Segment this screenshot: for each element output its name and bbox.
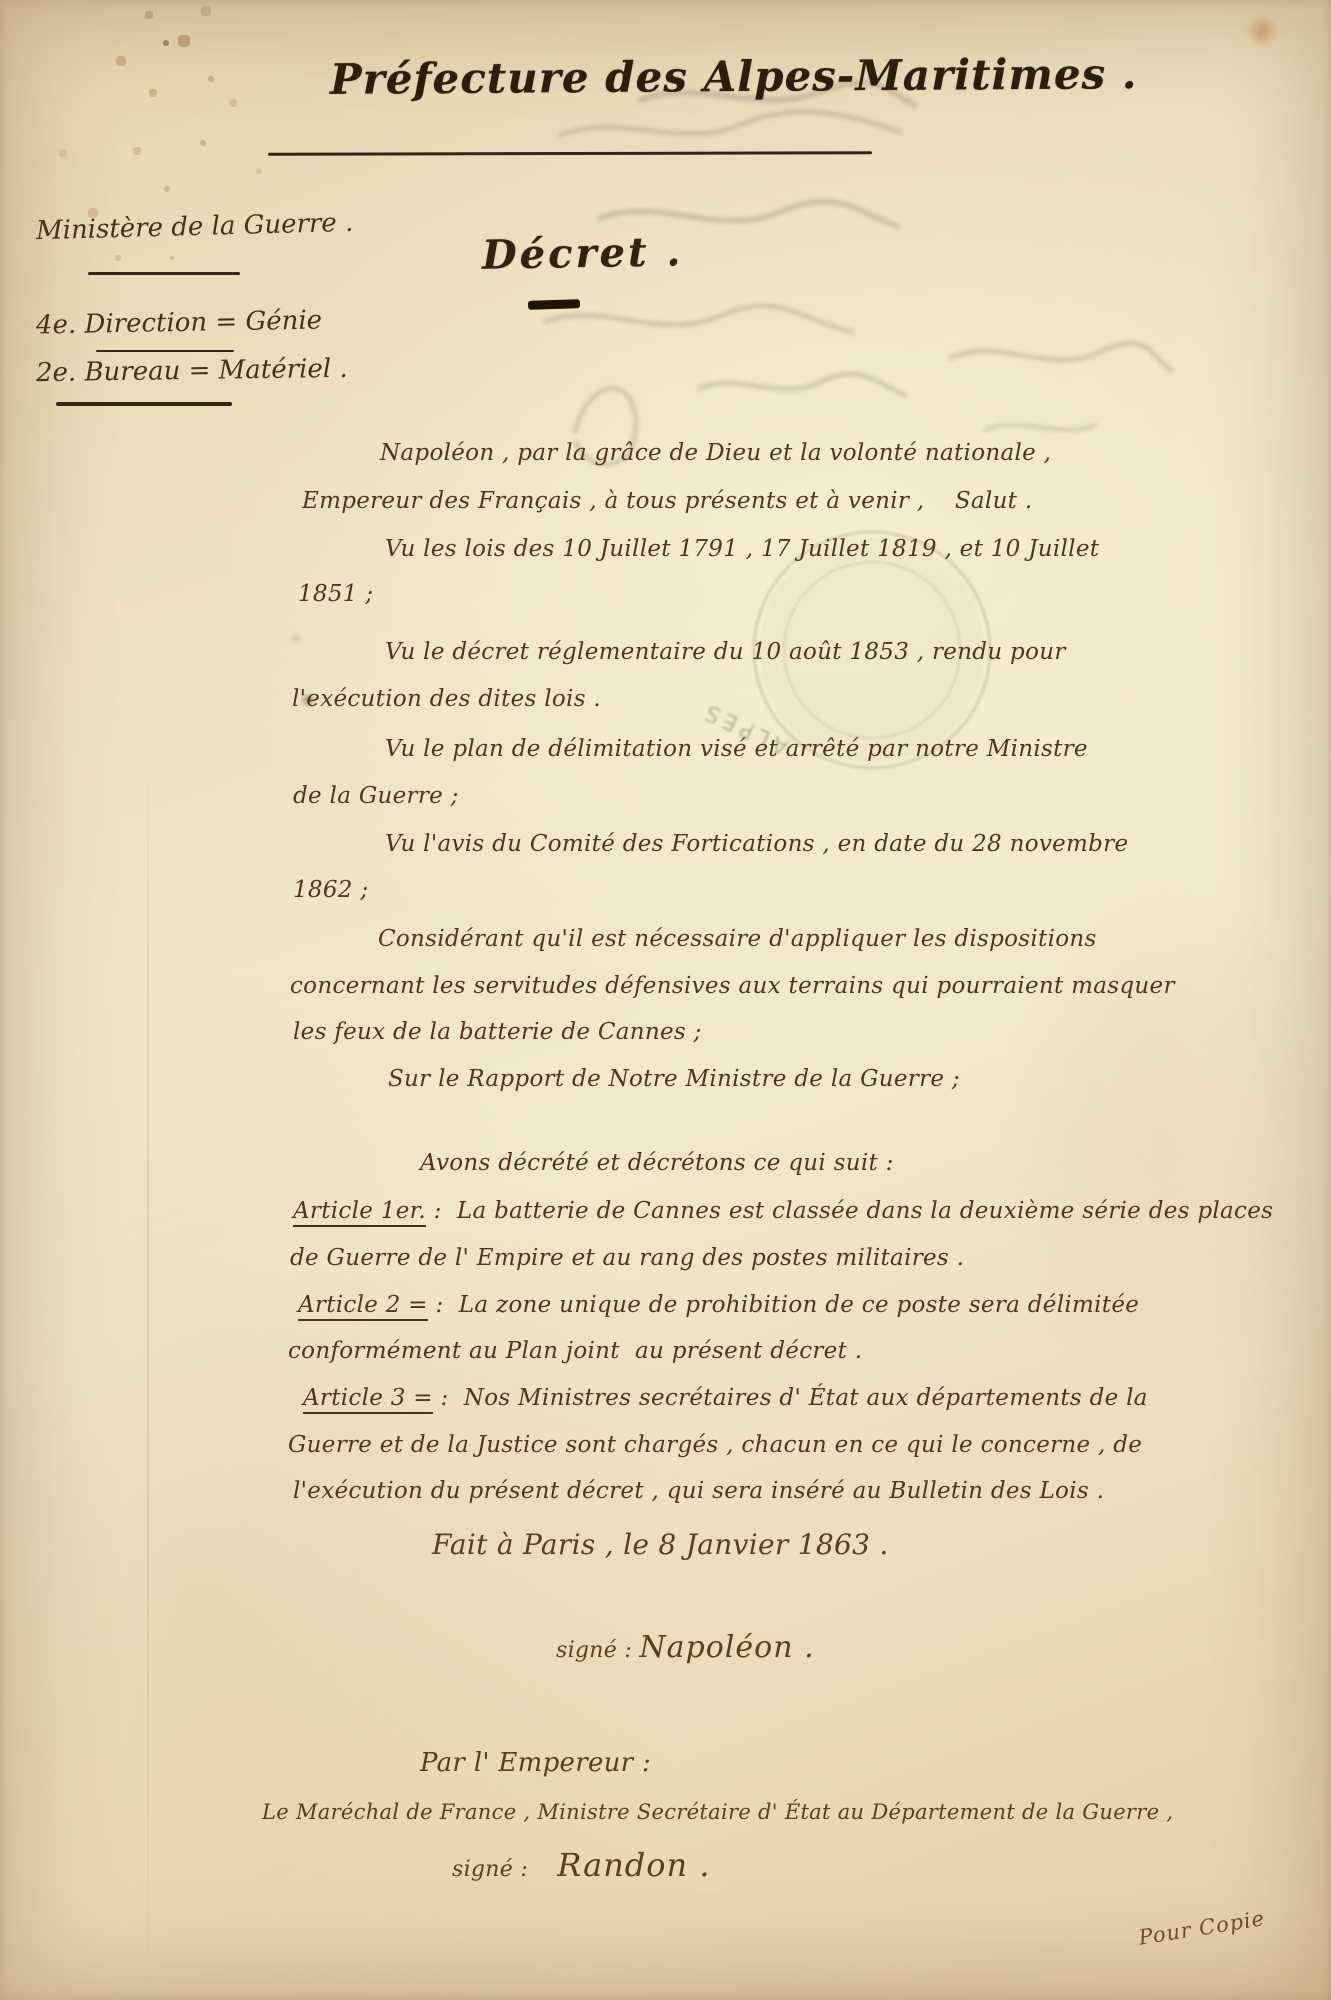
article-1-text: : La batterie de Cannes est classée dans… (426, 1198, 1273, 1224)
par-empereur-line: Par l' Empereur : (420, 1748, 651, 1779)
paper-stain-freckles (0, 0, 2, 2)
article-1-line-2: de Guerre de l' Empire et au rang des po… (290, 1245, 964, 1273)
randon-signature: Randon . (557, 1846, 710, 1884)
article-3-label: Article 3 = (303, 1385, 433, 1414)
margin-rule-ministry (88, 272, 240, 275)
body-line: Vu le décret réglementaire du 10 août 18… (385, 639, 1066, 667)
article-3-line-3: l'exécution du présent décret , qui sera… (293, 1478, 1104, 1506)
letterhead-title: Préfecture des Alpes-Maritimes . (330, 49, 1138, 104)
body-line: l'exécution des dites lois . (292, 686, 601, 714)
margin-bureau: 2e. Bureau = Matériel . (36, 354, 348, 388)
article-2-text: : La zone unique de prohibition de ce po… (428, 1292, 1139, 1318)
margin-rule-direction (96, 350, 234, 352)
marechal-line: Le Maréchal de France , Ministre Secréta… (262, 1800, 1173, 1825)
decree-title: Décret . (482, 228, 684, 279)
margin-direction: 4e. Direction = Génie (36, 306, 323, 341)
article-3-text: : Nos Ministres secrétaires d' État aux … (433, 1385, 1148, 1411)
body-line: les feux de la batterie de Cannes ; (293, 1019, 702, 1047)
signature-randon-line: signé : Randon . (452, 1846, 711, 1884)
signature-napoleon-line: signé : Napoléon . (556, 1630, 815, 1666)
pour-copie-annotation: Pour Copie (1137, 1906, 1267, 1950)
signe-label: signé : (556, 1638, 639, 1663)
body-line: Vu l'avis du Comité des Fortications , e… (385, 831, 1128, 859)
ink-spot-small (290, 634, 302, 644)
article-1-line-1: Article 1er. : La batterie de Cannes est… (293, 1198, 1273, 1226)
body-line: Napoléon , par la grâce de Dieu et la vo… (380, 440, 1051, 468)
body-line: Vu les lois des 10 Juillet 1791 , 17 Jui… (385, 536, 1099, 564)
decree-title-rule (528, 299, 580, 310)
body-line: 1862 ; (293, 877, 368, 905)
body-line: Considérant qu'il est nécessaire d'appli… (378, 926, 1097, 954)
article-2-line-2: conformément au Plan joint au présent dé… (288, 1338, 862, 1366)
body-line: Vu le plan de délimitation visé et arrêt… (385, 736, 1088, 764)
article-3-line-1: Article 3 = : Nos Ministres secrétaires … (303, 1385, 1148, 1413)
place-date-line: Fait à Paris , le 8 Janvier 1863 . (432, 1528, 889, 1562)
paper-stain-blotch (1243, 16, 1281, 46)
article-3-line-2: Guerre et de la Justice sont chargés , c… (288, 1432, 1142, 1460)
body-line: Empereur des Français , à tous présents … (302, 488, 1032, 516)
article-2-line-1: Article 2 = : La zone unique de prohibit… (298, 1292, 1139, 1320)
margin-ministry: Ministère de la Guerre . (36, 208, 354, 246)
body-line: Sur le Rapport de Notre Ministre de la G… (388, 1066, 960, 1094)
article-1-label: Article 1er. (293, 1198, 426, 1227)
napoleon-signature: Napoléon . (639, 1630, 814, 1665)
signe-label-2: signé : (452, 1857, 557, 1882)
body-line: concernant les servitudes défensives aux… (290, 973, 1175, 1001)
paper-crease (147, 760, 149, 2000)
scanned-decree-page: ALPES Préfecture des Alpes-Maritimes . M… (0, 0, 1331, 2000)
body-line: de la Guerre ; (293, 783, 459, 811)
margin-rule-bureau (56, 402, 232, 406)
article-2-label: Article 2 = (298, 1292, 428, 1321)
letterhead-rule (268, 151, 872, 156)
body-line: 1851 ; (298, 581, 373, 609)
body-line-avons-decrete: Avons décrété et décrétons ce qui suit : (420, 1150, 894, 1178)
